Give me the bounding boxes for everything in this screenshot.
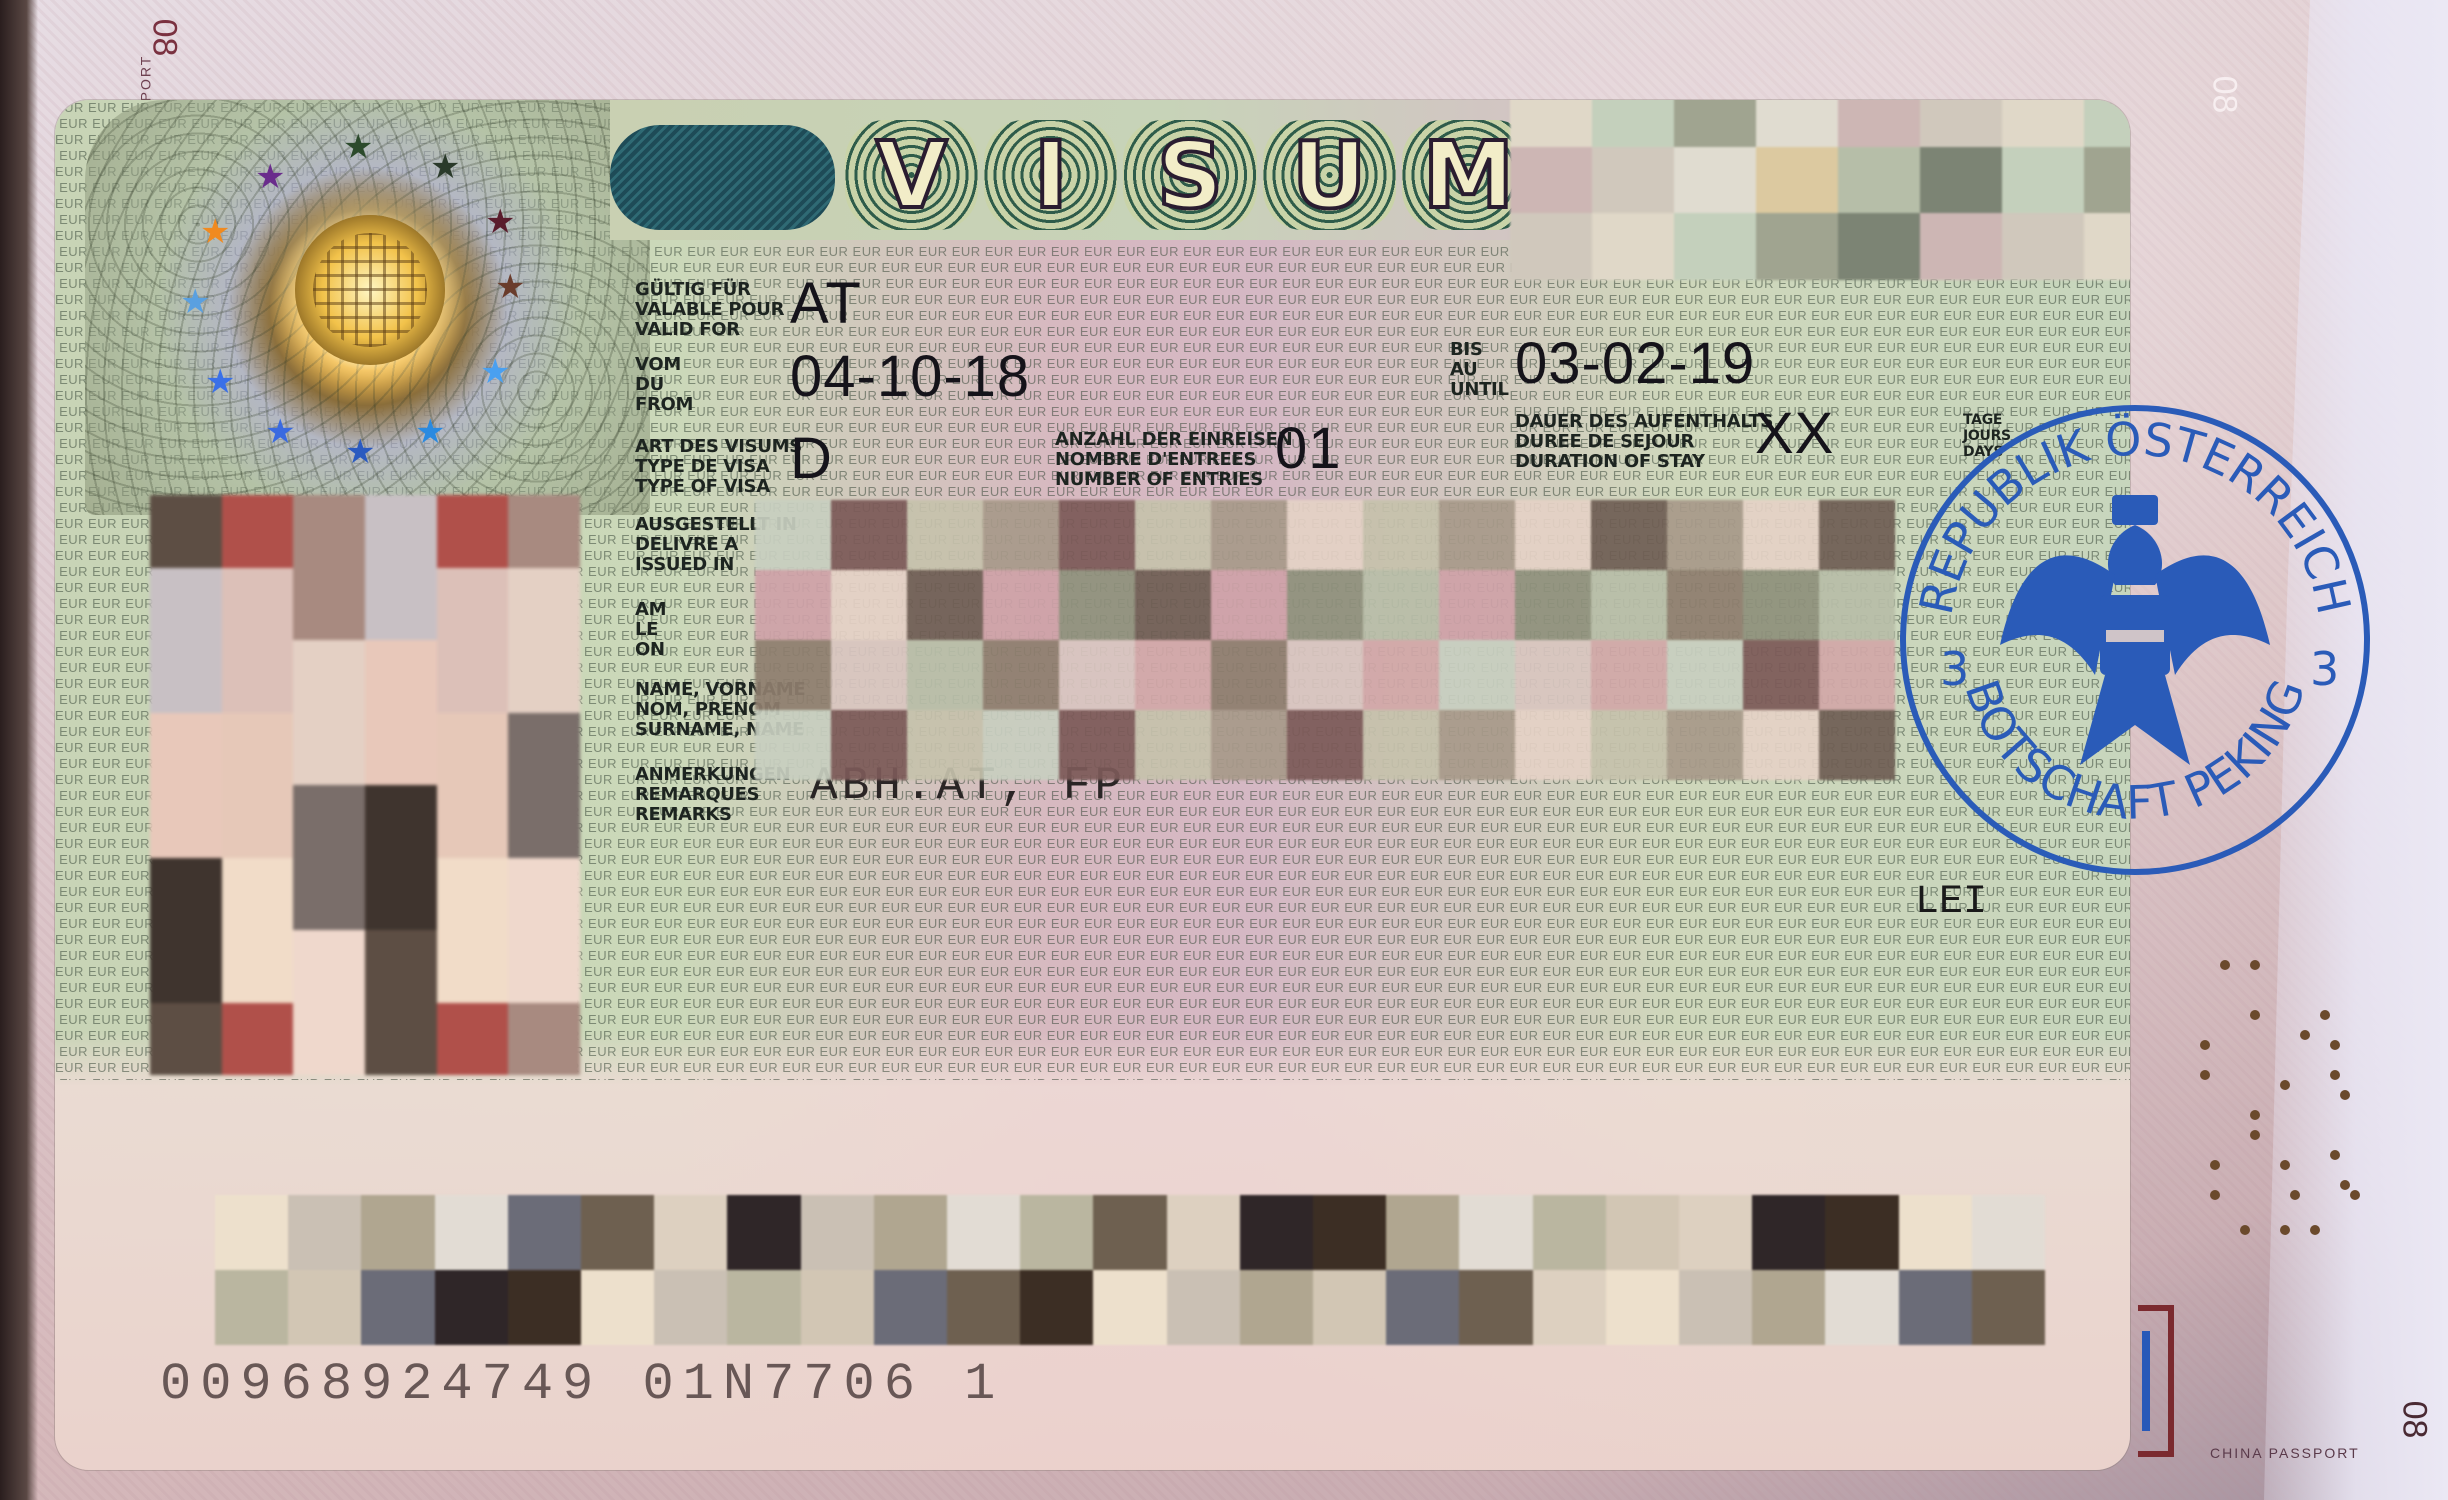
perforation-hole [2330,1040,2340,1050]
from-label: VOM DU FROM [635,355,693,415]
perforation-hole [2200,1070,2210,1080]
visum-letter: U [1263,120,1396,230]
until-label: BIS AU UNTIL [1450,340,1509,400]
star-icon: ★ [415,415,445,449]
perforation-hole [2340,1090,2350,1100]
star-icon: ★ [200,215,230,249]
star-icon: ★ [485,205,515,239]
star-icon: ★ [480,355,510,389]
perforation-hole [2320,1010,2330,1020]
on-label: AM LE ON [635,600,666,660]
star-icon: ★ [430,150,460,184]
perforation-hole [2290,1190,2300,1200]
redacted-machine-readable-zone [215,1195,2045,1345]
hologram: ★ ★ ★ ★ ★ ★ ★ ★ ★ ★ ★ ★ [85,100,650,515]
globe-icon [295,215,445,365]
embassy-stamp: REPUBLIK ÖSTERREICH BOTSCHAFT PEKING 3 3 [1880,385,2390,895]
perforation-hole [2300,1030,2310,1040]
from-value: 04-10-18 [790,343,1030,410]
duration-of-stay-label: DAUER DES AUFENTHALTS DUREE DE SEJOUR DU… [1515,412,1773,472]
perforation-hole [2250,1130,2260,1140]
perforation-hole [2210,1190,2220,1200]
page-number-top-right: 08 [2204,76,2243,114]
star-icon: ★ [180,285,210,319]
type-of-visa-label: ART DES VISUMS TYPE DE VISA TYPE OF VISA [635,437,802,497]
stamp-number-right: 3 [2310,642,2339,696]
type-of-visa-value: D [790,425,833,492]
perforation-hole [2330,1150,2340,1160]
visum-letter: V [845,120,978,230]
stamp-number-left: 3 [1940,642,1969,696]
until-value: 03-02-19 [1515,330,1755,397]
perforation-hole [2310,1225,2320,1235]
visum-header: V I S U M [845,115,1535,235]
page-label-bottom-right: CHINA PASSPORT [2210,1445,2360,1461]
eu-visa-logo [610,125,835,230]
redacted-photo [150,495,580,1075]
page-label-top-left: PORT [137,55,153,102]
number-of-entries-value: 01 [1275,415,1342,482]
passport-page: 08 PORT 08 08 CHINA PASSPORT EUR EUR EUR… [0,0,2448,1500]
valid-for-label: GÜLTIG FÜR VALABLE POUR VALID FOR [635,280,784,340]
perforation-hole [2210,1160,2220,1170]
star-icon: ★ [205,365,235,399]
star-icon: ★ [345,435,375,469]
passport-security-strip [2138,1305,2174,1457]
perforation-hole [2250,960,2260,970]
eagle-coat-of-arms-icon [2000,495,2270,765]
perforation-hole [2250,1010,2260,1020]
perforation-hole [2240,1225,2250,1235]
visum-letter: S [1123,120,1256,230]
perforation-hole [2330,1070,2340,1080]
perforation-hole [2200,1040,2210,1050]
valid-for-value: AT [790,270,862,337]
star-icon: ★ [265,415,295,449]
number-of-entries-label: ANZAHL DER EINREISEN NOMBRE D'ENTREES NU… [1055,430,1292,490]
star-icon: ★ [495,270,525,304]
page-number-bottom-right: 08 [2394,1401,2433,1439]
perforation-hole [2280,1160,2290,1170]
visum-letter: I [984,120,1117,230]
perforation-hole [2350,1190,2360,1200]
perforation-hole [2220,960,2230,970]
page-shadow [0,0,38,1500]
duration-of-stay-value: XX [1755,400,1834,467]
perforation-hole [2280,1080,2290,1090]
redacted-visa-number [1510,100,2130,280]
perforation-hole [2250,1110,2260,1120]
visa-sticker: EUR EUR EUR EUR EUR EUR EUR EUR EUR EUR … [55,100,2130,1470]
perforation-hole [2340,1180,2350,1190]
star-icon: ★ [343,130,373,164]
page-number-top-left: 08 [144,19,183,57]
star-icon: ★ [255,160,285,194]
perforation-hole [2280,1225,2290,1235]
passport-serial-number: 00968924749 01N7706 1 [160,1355,1004,1414]
redacted-issued-name [755,500,1895,780]
